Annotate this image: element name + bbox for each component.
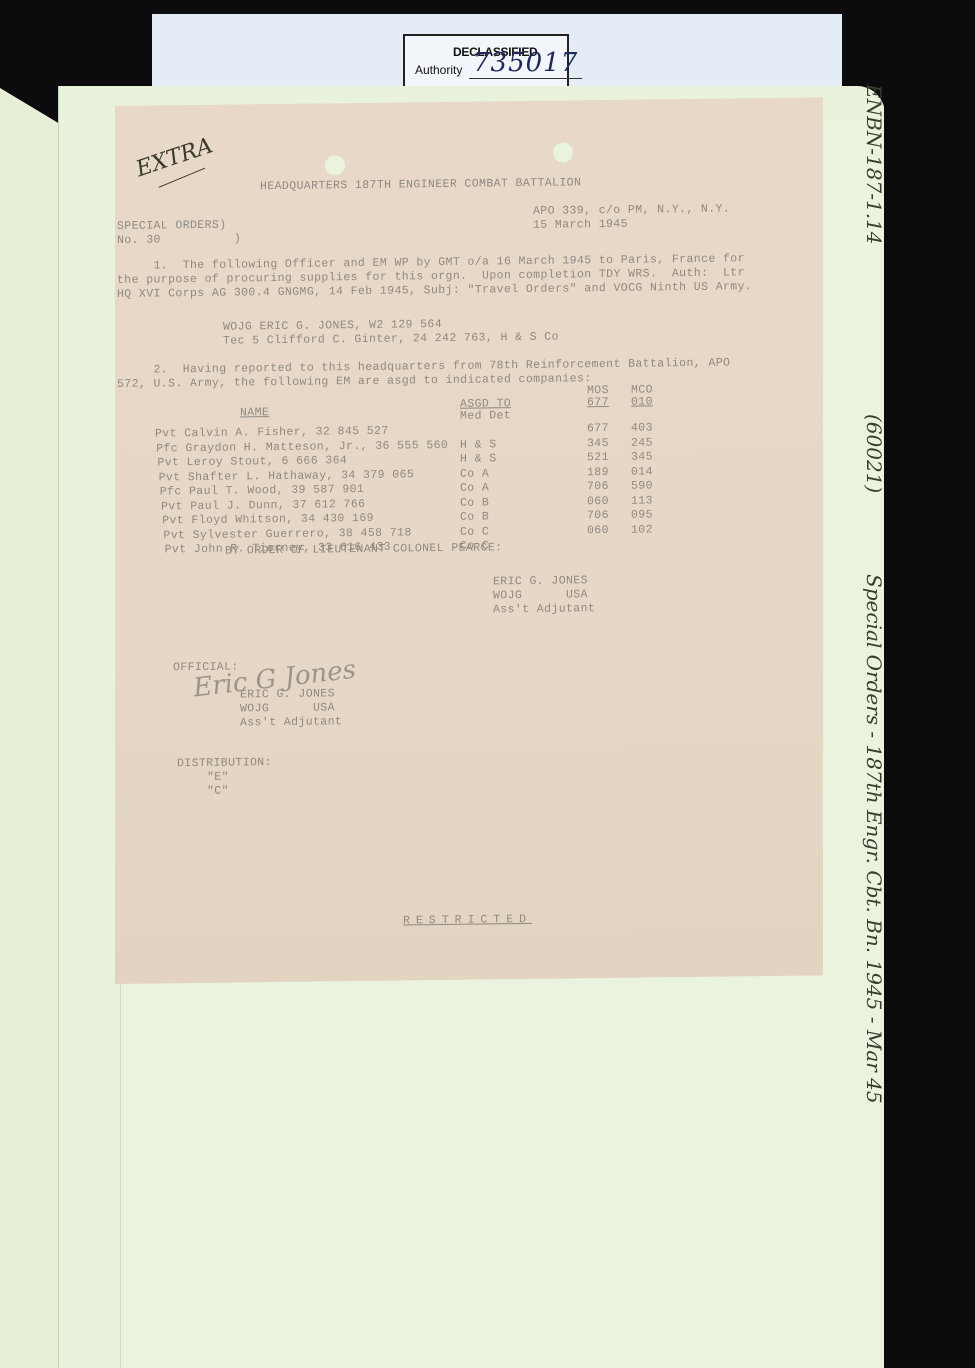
row-asgd: Co B xyxy=(460,496,489,509)
signature-name: ERIC G. JONES xyxy=(493,574,588,588)
row-asgd: Co C xyxy=(460,525,489,538)
row-asgd: Co A xyxy=(460,481,489,494)
row-mco: 245 xyxy=(631,436,653,449)
row-mos: 189 xyxy=(587,465,609,478)
official-name: ERIC G. JONES xyxy=(240,687,335,701)
special-orders-page: EXTRA HEADQUARTERS 187TH ENGINEER COMBAT… xyxy=(115,97,823,984)
punch-hole-icon xyxy=(553,142,573,162)
apo-line: APO 339, c/o PM, N.Y., N.Y. xyxy=(533,202,730,217)
handwritten-extra-mark: EXTRA xyxy=(133,133,216,182)
row-name: Pvt Sylvester Guerrero, 38 458 718 xyxy=(163,526,411,542)
row-mos: 706 xyxy=(587,480,609,493)
row-mco: 014 xyxy=(631,465,653,478)
row-mos: 060 xyxy=(587,494,609,507)
row-mos: 706 xyxy=(587,509,609,522)
row-asgd: H & S xyxy=(460,452,497,465)
row-mco: 403 xyxy=(631,421,653,434)
authority-label: Authority xyxy=(415,63,462,77)
row-mos: 677 xyxy=(587,422,609,435)
row-mco: 095 xyxy=(631,508,653,521)
row-asgd: H & S xyxy=(460,438,497,451)
col-header-name: NAME xyxy=(240,406,269,419)
col-header-mos-sub: 677 xyxy=(587,396,609,409)
official-rank: WOJG USA xyxy=(240,701,335,715)
letterhead: HEADQUARTERS 187TH ENGINEER COMBAT BATTA… xyxy=(260,176,581,193)
margin-note-bottom: Special Orders - 187th Engr. Cbt. Bn. 19… xyxy=(862,574,886,1104)
first-asgd: Med Det xyxy=(460,409,511,423)
classification-marking: RESTRICTED xyxy=(403,913,532,928)
order-type: SPECIAL ORDERS) xyxy=(117,219,227,233)
row-name: Pvt Floyd Whitson, 34 430 169 xyxy=(162,512,374,528)
row-mco: 102 xyxy=(631,523,653,536)
col-header-mco-sub: 010 xyxy=(631,395,653,408)
row-name: Pvt Calvin A. Fisher, 32 845 527 xyxy=(155,425,389,441)
traveller: WOJG ERIC G. JONES, W2 129 564 xyxy=(223,318,442,334)
row-mos: 060 xyxy=(587,523,609,536)
authority-number: 735017 xyxy=(469,48,582,79)
row-name: Pfc Graydon H. Matteson, Jr., 36 555 560 xyxy=(156,438,448,455)
by-order-line: BY ORDER OF LIEUTENANT COLONEL PEARCE: xyxy=(225,541,502,557)
order-date: 15 March 1945 xyxy=(533,218,628,232)
folder-left-flap xyxy=(0,88,60,1368)
background-edge xyxy=(884,0,975,1368)
row-name: Pfc Paul T. Wood, 39 587 901 xyxy=(160,483,364,498)
row-mco: 590 xyxy=(631,479,653,492)
declassification-stamp: DECLASSIFIED Authority 735017 xyxy=(403,34,569,94)
row-asgd: Co A xyxy=(460,467,489,480)
margin-note-middle: (60021) xyxy=(862,414,886,493)
distribution-label: DISTRIBUTION: xyxy=(177,756,272,770)
distribution-item: "E" xyxy=(207,771,229,784)
row-mco: 345 xyxy=(631,450,653,463)
margin-note-top: ENBN-187-1.14 xyxy=(862,84,886,245)
row-name: Pvt Leroy Stout, 6 666 364 xyxy=(157,454,347,469)
traveller: Tec 5 Clifford C. Ginter, 24 242 763, H … xyxy=(223,331,559,348)
punch-hole-icon xyxy=(325,155,345,175)
order-number: No. 30 ) xyxy=(117,232,241,247)
signature-title: Ass't Adjutant xyxy=(493,602,595,616)
row-name: Pvt Shafter L. Hathaway, 34 379 065 xyxy=(159,468,415,484)
distribution-item: "C" xyxy=(207,785,229,798)
signature-rank: WOJG USA xyxy=(493,588,588,602)
row-name: Pvt Paul J. Dunn, 37 612 766 xyxy=(161,497,365,512)
row-mos: 521 xyxy=(587,451,609,464)
official-title: Ass't Adjutant xyxy=(240,715,342,729)
row-mco: 113 xyxy=(631,494,653,507)
row-mos: 345 xyxy=(587,436,609,449)
row-asgd: Co B xyxy=(460,510,489,523)
